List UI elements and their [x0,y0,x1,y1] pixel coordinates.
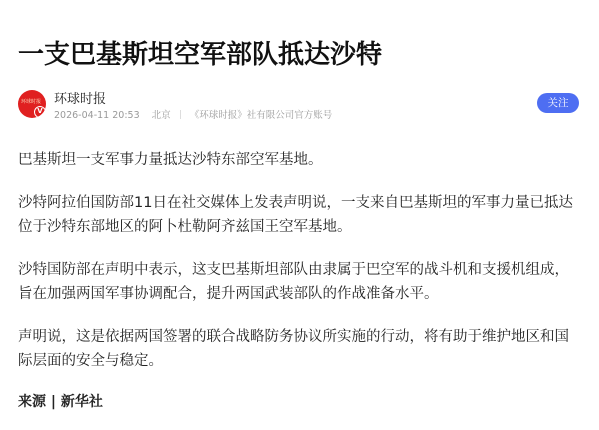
paragraph-1: 巴基斯坦一支军事力量抵达沙特东部空军基地。 [18,148,583,172]
publish-location: 北京 [152,107,171,121]
account-description: 《环球时报》社有限公司官方账号 [190,107,333,121]
publish-datetime: 2026-04-11 20:53 [54,110,140,121]
article-source: 来源 | 新华社 [18,391,103,411]
article-title: 一支巴基斯坦空军部队抵达沙特 [18,34,382,71]
author-avatar[interactable]: 环球时报 V [18,90,46,118]
paragraph-2: 沙特阿拉伯国防部11日在社交媒体上发表声明说，一支来自巴基斯坦的军事力量已抵达位… [18,191,583,239]
author-row: 环球时报 V 环球时报 2026-04-11 20:53 北京 《环球时报》社有… [18,88,581,124]
article-meta: 2026-04-11 20:53 北京 《环球时报》社有限公司官方账号 [54,107,332,121]
article-body: 巴基斯坦一支军事力量抵达沙特东部空军基地。 沙特阿拉伯国防部11日在社交媒体上发… [18,148,583,392]
avatar-logo-text: 环球时报 [21,98,41,105]
paragraph-3: 沙特国防部在声明中表示，这支巴基斯坦部队由隶属于巴空军的战斗机和支援机组成，旨在… [18,258,583,306]
paragraph-4: 声明说，这是依据两国签署的联合战略防务协议所实施的行动，将有助于维护地区和国际层… [18,325,583,373]
author-name[interactable]: 环球时报 [54,88,106,107]
verified-badge-icon: V [34,106,46,118]
article-page: 一支巴基斯坦空军部队抵达沙特 环球时报 V 环球时报 2026-04-11 20… [0,0,599,430]
follow-button[interactable]: 关注 [537,93,579,113]
meta-divider [180,110,181,119]
